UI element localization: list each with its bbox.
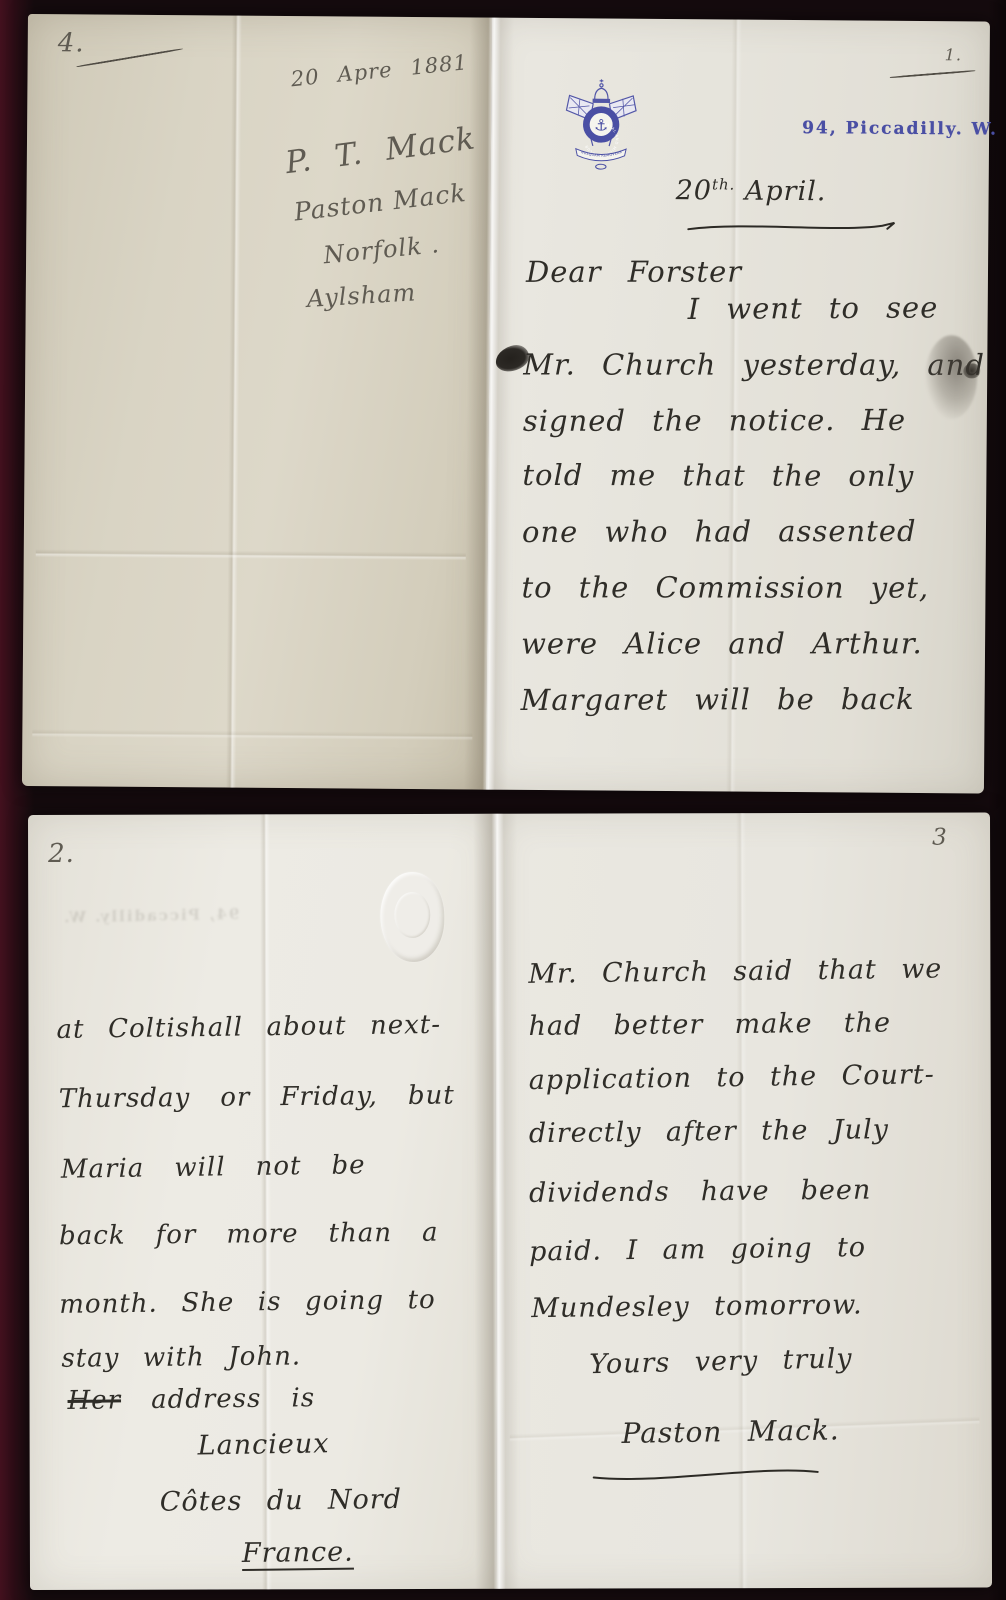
- letter-line: at Coltishall about next-: [56, 1012, 441, 1043]
- embossed-seal-center: [394, 892, 430, 938]
- page-number-2: 2.: [48, 841, 75, 867]
- anchor-icon: ⚓: [594, 116, 608, 134]
- closing-line: Yours very truly: [589, 1345, 853, 1378]
- salutation: Dear Forster: [526, 258, 742, 287]
- letterhead-address: 94, Piccadilly. W.: [802, 118, 998, 140]
- date-month: April.: [745, 176, 827, 208]
- page-number-4: 4.: [58, 30, 85, 56]
- date-ordinal: th.: [712, 175, 735, 193]
- struck-word: Her: [67, 1385, 121, 1416]
- naval-military-club-crest-icon: NAVAL AND MILITARY CLUB ⚓ NUSQUAM REMOVE…: [564, 76, 639, 173]
- letter-line: Mundesley tomorrow.: [531, 1291, 863, 1322]
- letter-line: back for more than a: [59, 1220, 439, 1250]
- signature: Paston Mack.: [621, 1416, 839, 1448]
- letter-line: I went to see: [688, 293, 939, 324]
- letter-line: were Alice and Arthur.: [521, 629, 923, 658]
- address-intro-line: Her address is: [67, 1385, 315, 1414]
- letterhead-showthrough: 94, Piccadilly. W.: [62, 905, 239, 927]
- letter-line: to the Commission yet,: [522, 573, 930, 602]
- letter-line: one who had assented: [522, 517, 917, 547]
- letter-line: stay with John.: [61, 1343, 301, 1371]
- letter-line: told me that the only: [522, 461, 914, 491]
- date-day: 20: [676, 175, 713, 206]
- address-intro: address is: [151, 1383, 315, 1415]
- signature-flourish: [590, 1463, 825, 1486]
- letter-line: paid. I am going to: [529, 1234, 866, 1265]
- page-number-3: 3: [932, 827, 948, 850]
- address-line: Lancieux: [197, 1430, 329, 1459]
- address-line: France.: [242, 1539, 354, 1567]
- page-number-1: 1.: [945, 47, 962, 63]
- letter-sheet-2: 2. 94, Piccadilly. W. at Coltishall abou…: [28, 812, 992, 1590]
- date-underline-flourish: [686, 217, 901, 237]
- ink-smudge: [963, 363, 980, 378]
- letter-line: Margaret will be back: [521, 685, 915, 715]
- letter-line: dividends have been: [529, 1177, 872, 1207]
- letter-line: Mr. Church said that we: [528, 955, 942, 987]
- letter-sheet-1: 4. 20 Apre 1881 P. T. Mack Paston Mack N…: [22, 14, 990, 794]
- embossed-seal: [380, 872, 444, 962]
- scan-background: { "letter_photos": { "sheet1": { "verso"…: [0, 0, 1006, 1600]
- letter-line: directly after the July: [529, 1116, 889, 1147]
- docket-line: Aylsham: [306, 280, 417, 311]
- letter-line: Mr. Church yesterday, and: [523, 351, 985, 380]
- address-line: Côtes du Nord: [160, 1486, 403, 1516]
- letter-line: Maria will not be: [61, 1152, 366, 1183]
- letter-line: had better make the: [528, 1009, 891, 1039]
- letter-date: 20th. April.: [676, 177, 827, 205]
- letter-line: signed the notice. He: [523, 406, 906, 436]
- letter-line: Thursday or Friday, but: [59, 1083, 455, 1113]
- letter-line: month. She is going to: [59, 1287, 436, 1318]
- letter-line: application to the Court-: [529, 1061, 935, 1094]
